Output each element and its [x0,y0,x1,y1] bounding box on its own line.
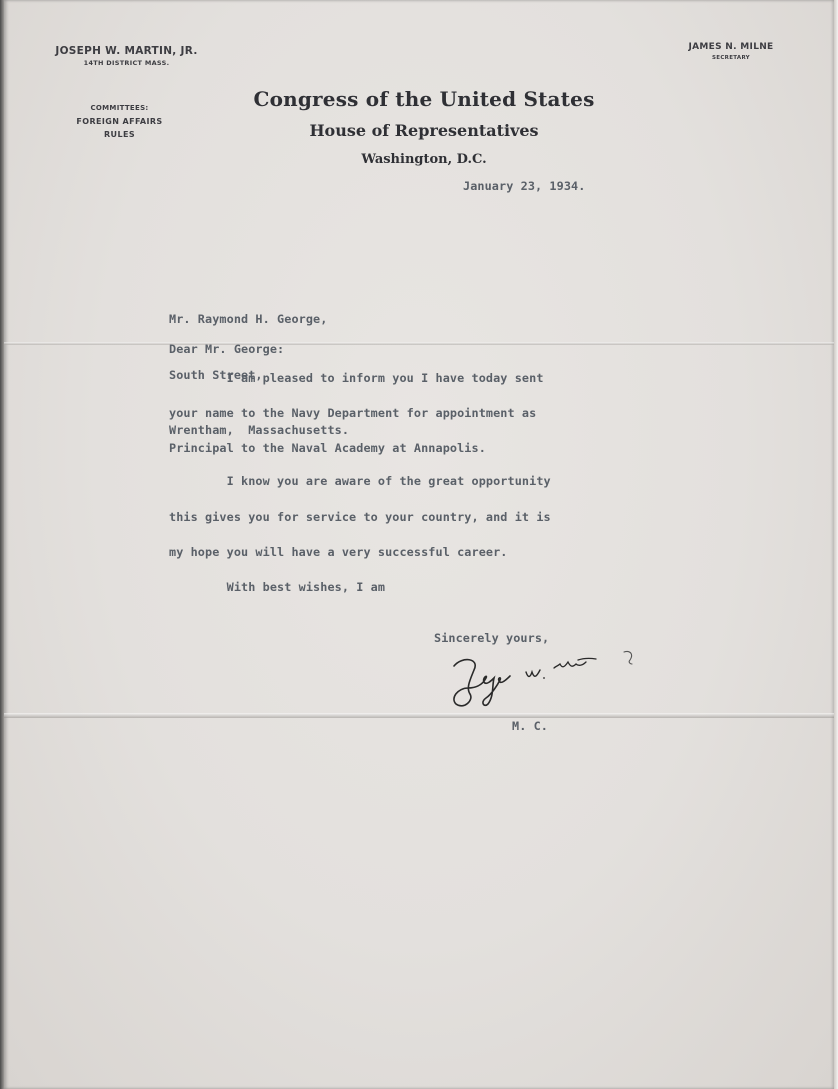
body-line: I know you are aware of the great opport… [169,474,551,488]
member-name: JOSEPH W. MARTIN, JR. [44,45,209,57]
handwritten-signature: Joseph W. Martin [444,648,704,718]
body-line: I am pleased to inform you I have today … [169,371,544,385]
body-line: Principal to the Naval Academy at Annapo… [169,441,486,455]
letterhead-title: Congress of the United States [244,87,604,111]
secretary-title: SECRETARY [676,55,786,61]
paper-right-edge [834,0,838,1089]
committees-block: COMMITTEES: FOREIGN AFFAIRS RULES [52,102,187,141]
member-block: JOSEPH W. MARTIN, JR. 14TH DISTRICT MASS… [44,45,209,67]
committee-item: FOREIGN AFFAIRS [52,115,187,128]
fold-line [4,713,838,718]
member-district: 14TH DISTRICT MASS. [44,59,209,67]
body-line: With best wishes, I am [169,580,385,594]
letter-date: January 23, 1934. [463,179,585,193]
letter-page: JOSEPH W. MARTIN, JR. 14TH DISTRICT MASS… [4,0,834,1089]
letterhead-location: Washington, D.C. [324,152,524,167]
body-line: your name to the Navy Department for app… [169,406,536,420]
secretary-name: JAMES N. MILNE [676,42,786,52]
committee-item: RULES [52,128,187,141]
letterhead-subtitle: House of Representatives [274,121,574,140]
salutation: Dear Mr. George: [169,342,284,356]
fold-line [4,342,838,345]
address-line: Mr. Raymond H. George, [169,310,349,329]
committees-label: COMMITTEES: [52,102,187,115]
typist-initials: M. C. [512,719,548,733]
body-line: this gives you for service to your count… [169,510,551,524]
body-line: my hope you will have a very successful … [169,545,508,559]
secretary-block: JAMES N. MILNE SECRETARY [676,42,786,61]
closing: Sincerely yours, [434,631,549,645]
address-line: Wrentham, Massachusetts. [169,421,349,440]
